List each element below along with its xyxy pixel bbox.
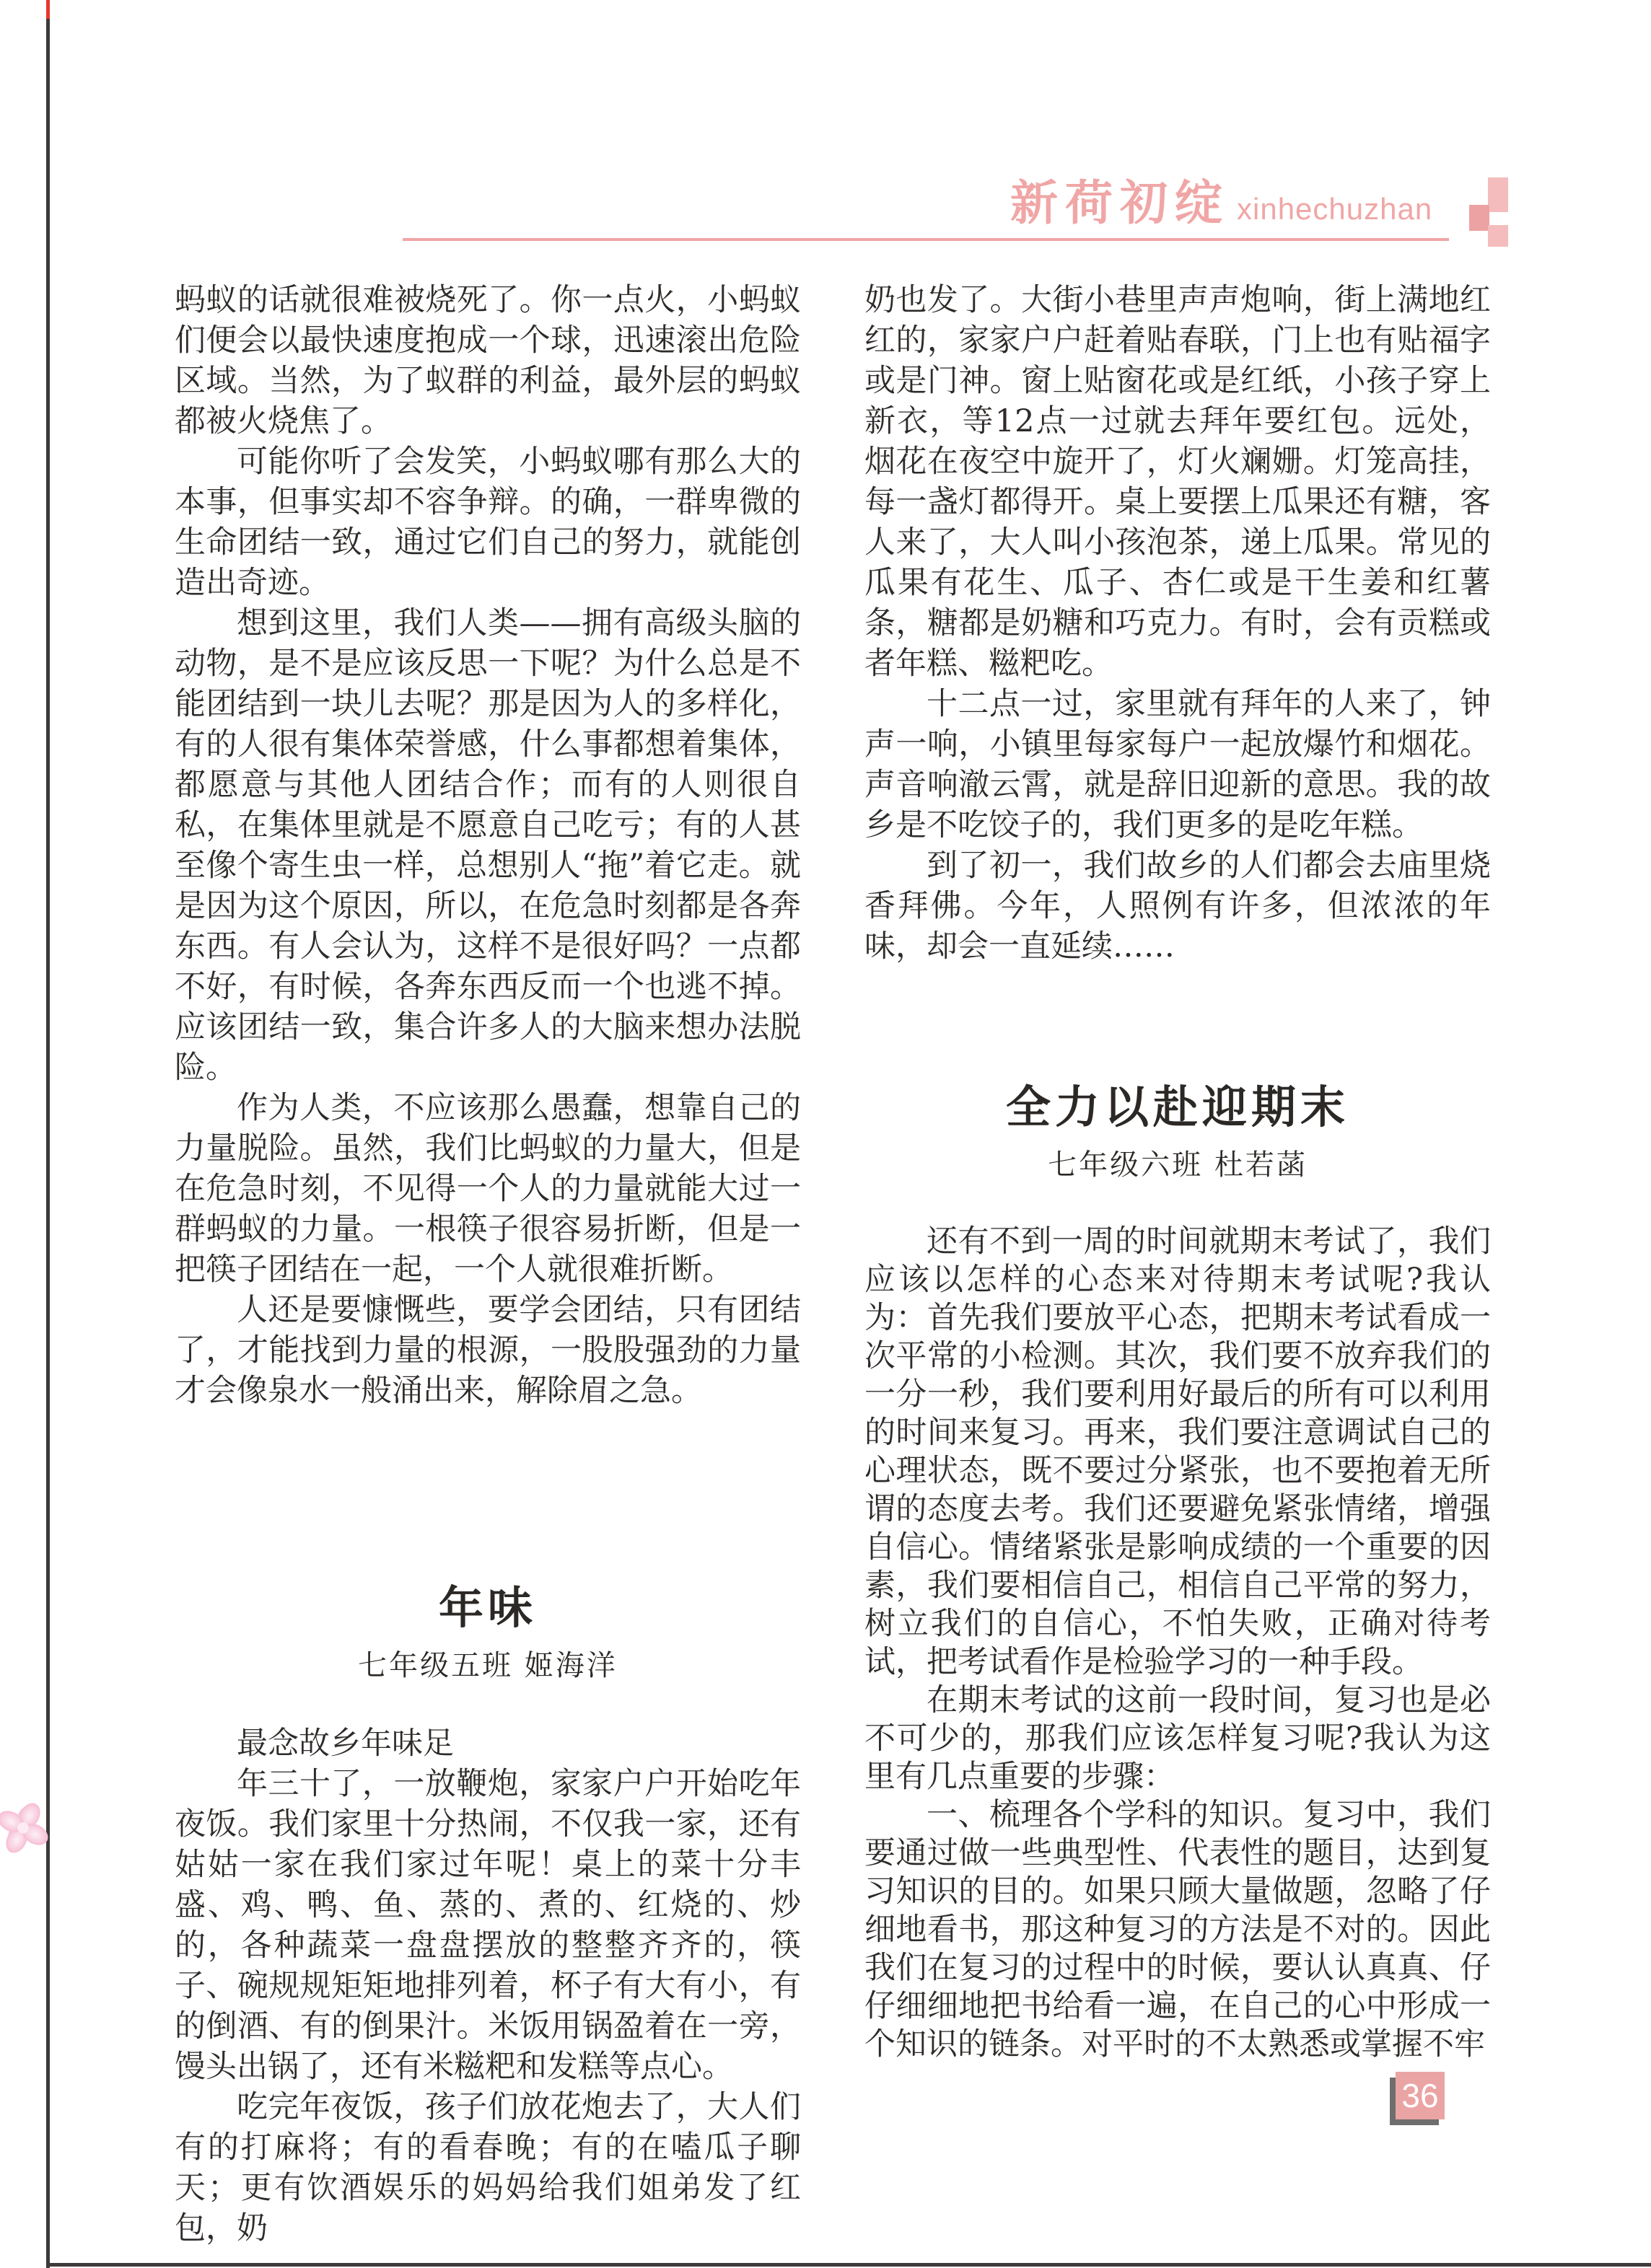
paragraph: 还有不到一周的时间就期末考试了，我们应该以怎样的心态来对待期末考试呢?我认为：首… [864,1223,1491,1682]
paragraph: 蚂蚁的话就很难被烧死了。你一点火，小蚂蚁们便会以最快速度抱成一个球，迅速滚出危险… [175,280,801,441]
red-registration-mark [46,0,50,19]
article-author-nianwei: 七年级五班 姬海洋 [175,1648,801,1684]
page-border-bottom [46,2263,1651,2267]
paragraph: 年三十了，一放鞭炮，家家户户开始吃年夜饭。我们家里十分热闹，不仅我一家，还有姑姑… [175,1764,801,2087]
paragraph: 到了初一，我们故乡的人们都会去庙里烧香拜佛。今年，人照例有许多，但浓浓的年味，却… [864,845,1491,967]
column-left: 蚂蚁的话就很难被烧死了。你一点火，小蚂蚁们便会以最快速度抱成一个球，迅速滚出危险… [175,280,801,2249]
page-number: 36 [1396,2072,1445,2119]
magazine-title-pinyin: xinhechuzhan [1237,194,1432,224]
header-underline [403,238,1449,241]
paragraph: 吃完年夜饭，孩子们放花炮去了，大人们有的打麻将；有的看春晚；有的在嗑瓜子聊天；更… [175,2087,801,2249]
paragraph: 十二点一过，家里就有拜年的人来了，钟声一响，小镇里每家每户一起放爆竹和烟花。声音… [864,684,1491,845]
decor-square-light [1488,177,1508,212]
paragraph: 想到这里，我们人类——拥有高级头脑的动物，是不是应该反思一下呢？为什么总是不能团… [175,603,801,1088]
paragraph: 人还是要慷慨些，要学会团结，只有团结了，才能找到力量的根源，一股股强劲的力量才会… [175,1290,801,1411]
decor-square-light [1488,225,1508,247]
article-author-qimo: 七年级六班 杜若菡 [864,1147,1491,1183]
magazine-title: 新荷初绽 [1010,179,1230,227]
page-header: 新荷初绽 xinhechuzhan [1010,179,1432,227]
paragraph: 奶也发了。大街小巷里声声炮响，街上满地红红的，家家户户赶着贴春联，门上也有贴福字… [864,280,1491,684]
flower-icon [0,1793,58,1863]
decor-square-dark [1469,205,1489,231]
page-border-left [46,0,50,2268]
paragraph: 在期末考试的这前一段时间，复习也是必不可少的，那我们应该怎样复习呢?我认为这里有… [864,1682,1491,1796]
paragraph: 作为人类，不应该那么愚蠢，想靠自己的力量脱险。虽然，我们比蚂蚁的力量大，但是在危… [175,1088,801,1290]
decor-squares-icon [1469,177,1510,254]
column-right: 奶也发了。大街小巷里声声炮响，街上满地红红的，家家户户赶着贴春联，门上也有贴福字… [864,280,1491,2064]
page-number-badge: 36 [1396,2072,1445,2119]
magazine-page: 新荷初绽 xinhechuzhan 蚂蚁的话就很难被烧死了。你一点火，小蚂蚁们便… [0,0,1651,2268]
paragraph: 可能你听了会发笑，小蚂蚁哪有那么大的本事，但事实却不容争辩。的确，一群卑微的生命… [175,441,801,603]
paragraph: 最念故乡年味足 [175,1723,801,1764]
paragraph: 一、梳理各个学科的知识。复习中，我们要通过做一些典型性、代表性的题目，达到复习知… [864,1796,1491,2064]
article-title-nianwei: 年味 [175,1583,801,1633]
article-title-qimo: 全力以赴迎期末 [864,1082,1491,1133]
